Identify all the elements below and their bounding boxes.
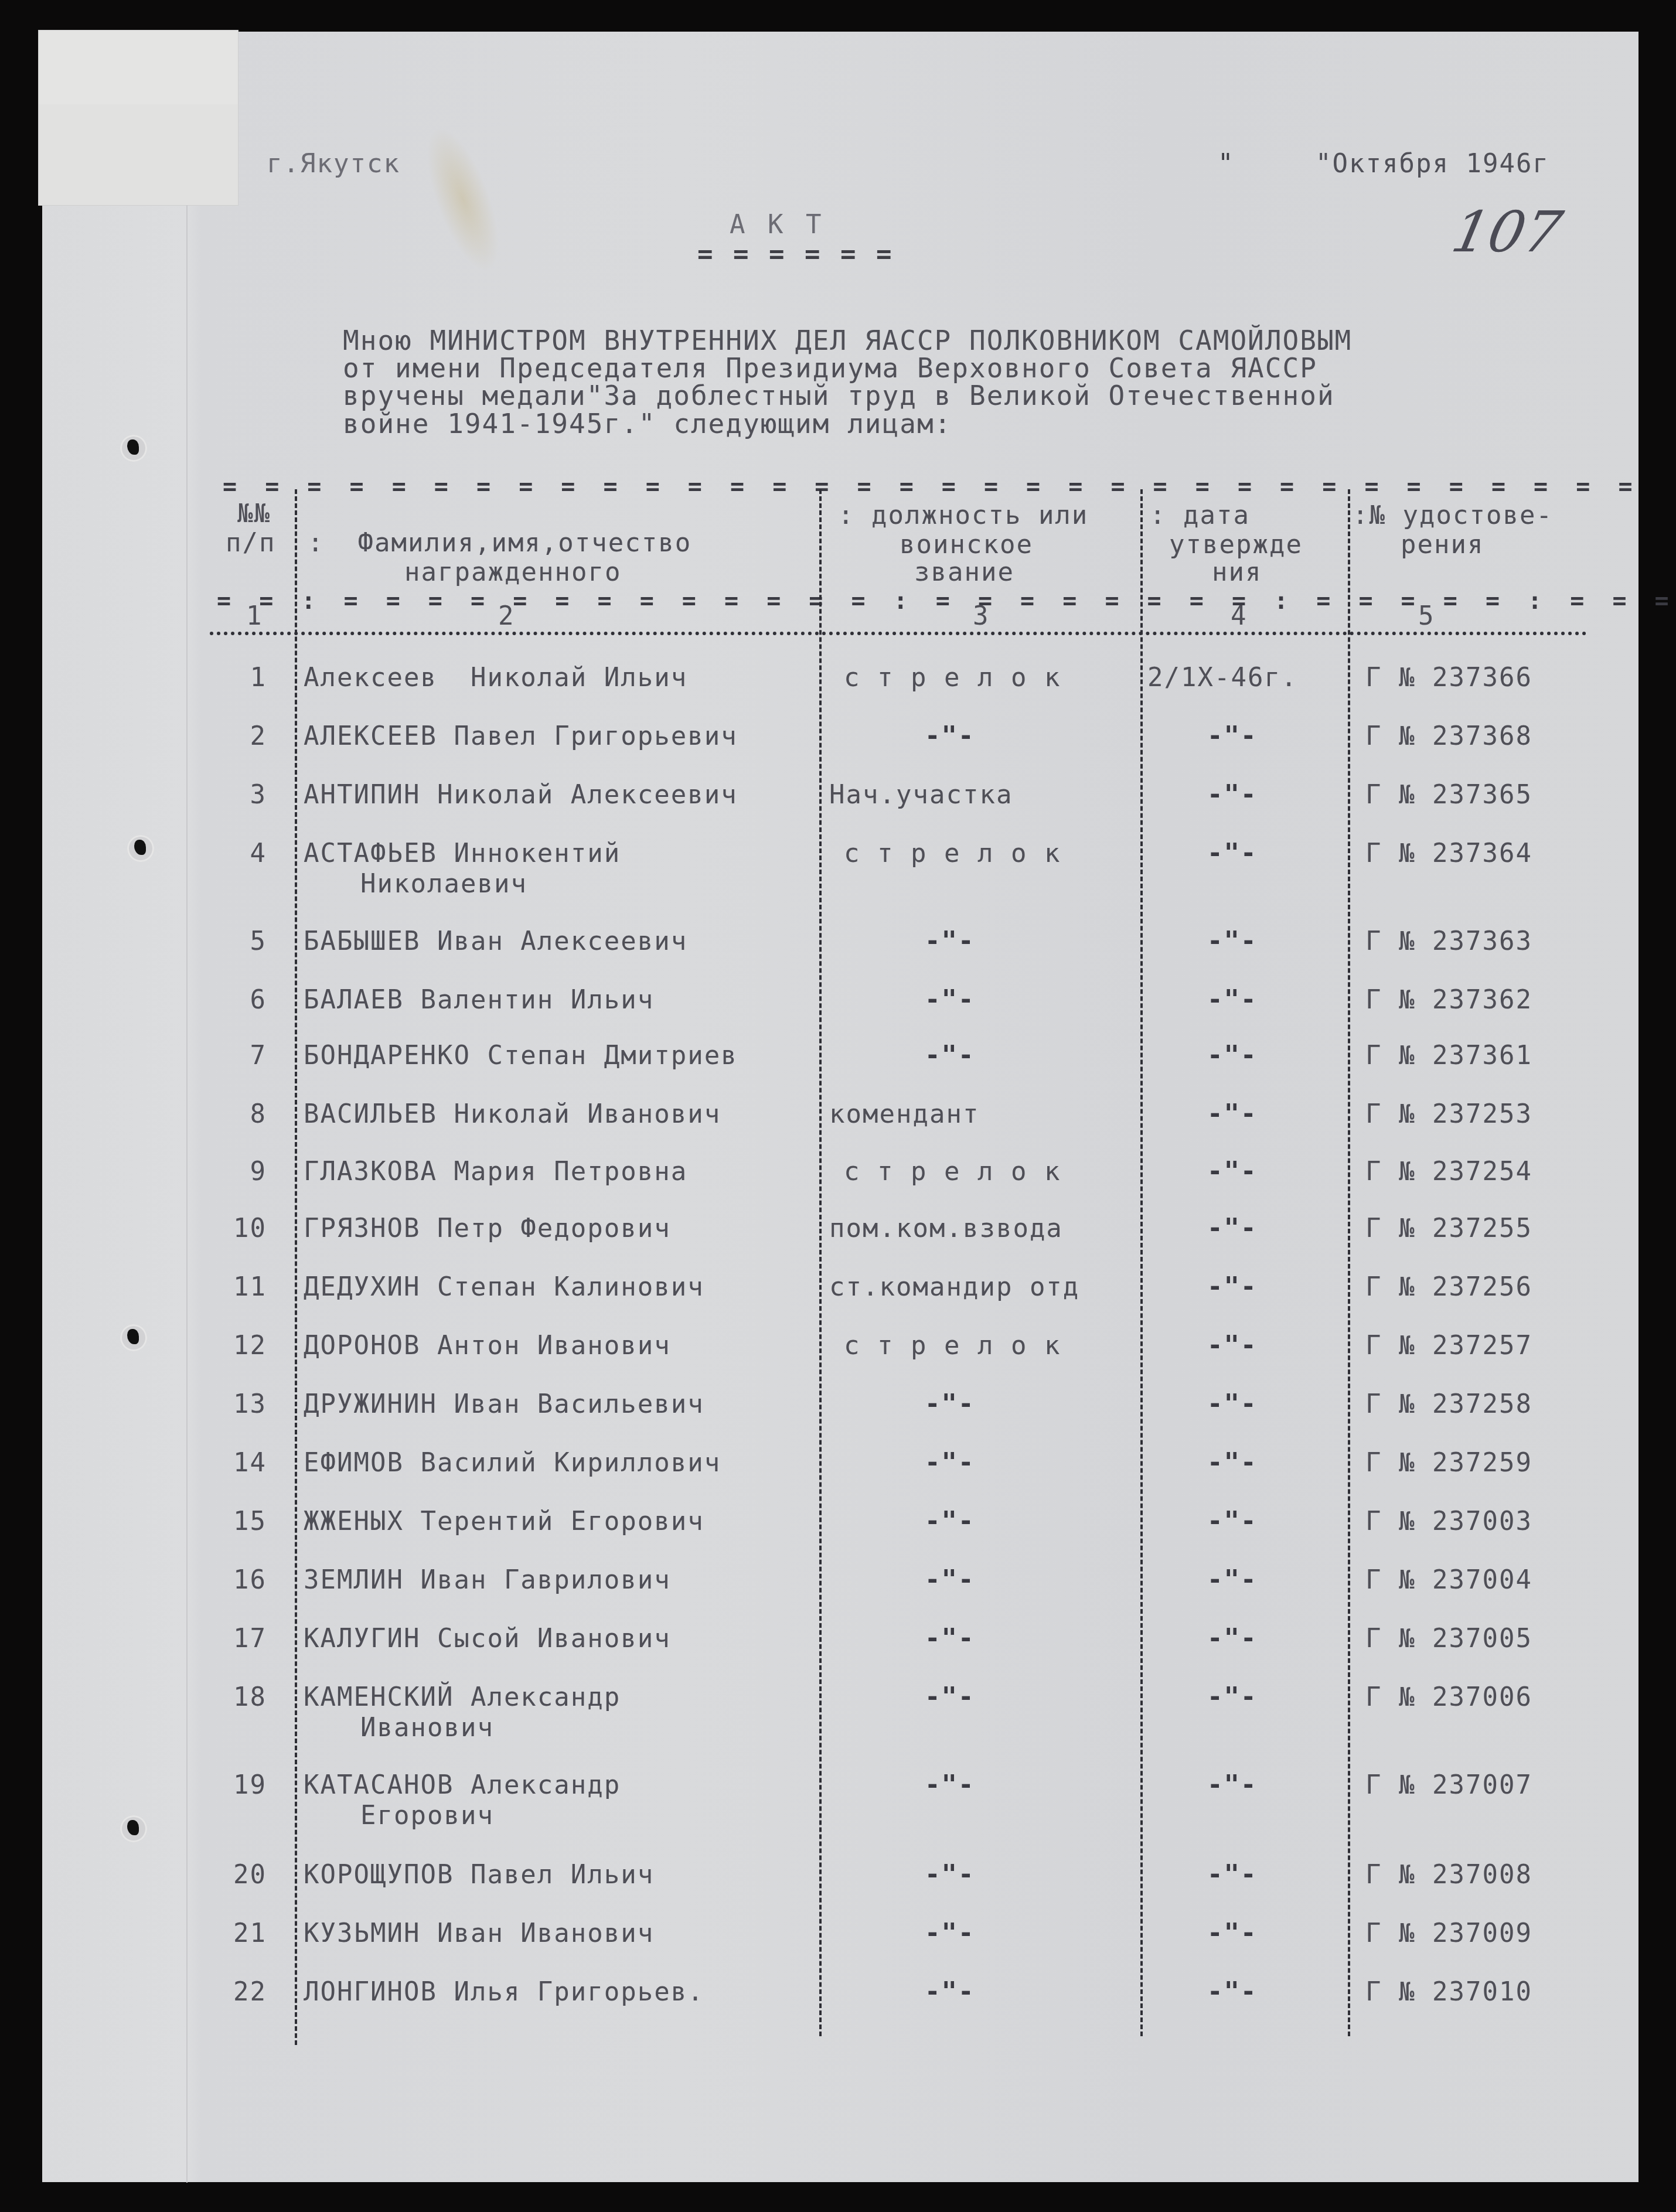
column-divider-3 [1140,489,1143,2036]
certificate-number: Г № 237257 [1365,1333,1532,1359]
intro-line-2: от имени Председателя Президиума Верховн… [343,355,1317,381]
row-number: 21 [226,1921,267,1947]
punch-hole-icon [127,835,154,862]
recipient-name: ЕФИМОВ Василий Кириллович [304,1450,721,1476]
punch-hole-icon [120,1324,147,1351]
recipient-name: ГРЯЗНОВ Петр Федорович [304,1216,671,1242]
header-date-line3: ния [1212,560,1262,585]
recipient-name-continued: Иванович [360,1715,494,1741]
certificate-number: Г № 237368 [1365,724,1532,749]
recipient-name: ВАСИЛЬЕВ Николай Иванович [304,1102,721,1127]
award-date-cell: -"- [1207,929,1257,955]
award-date-cell: -"- [1207,724,1257,749]
award-date-cell: -"- [1207,1979,1257,2005]
document-date: "Октября 1946г [1316,151,1549,177]
title-underline: = = = = = = [697,241,894,267]
table-header-rule: = = : = = = = = = = = = = = = = : = = = … [217,588,1676,615]
certificate-number: Г № 237008 [1365,1862,1532,1888]
certificate-number: Г № 237254 [1365,1159,1532,1185]
recipient-name: ДЕДУХИН Степан Калинович [304,1274,704,1300]
column-number-1: 1 [246,604,263,629]
position-cell: -"- [925,1567,975,1593]
row-number: 13 [226,1392,267,1417]
punch-hole-icon [120,1815,147,1842]
intro-line-4: войне 1941-1945г." следующим лицам: [343,410,952,437]
row-number: 3 [226,782,267,808]
position-cell: -"- [925,724,975,749]
recipient-name: КАМЕНСКИЙ Александр [304,1685,621,1710]
row-number: 15 [226,1509,267,1535]
position-cell: комендант [829,1102,979,1127]
position-cell: -"- [925,1043,975,1069]
recipient-name: ЖЖЕНЫХ Терентий Егорович [304,1509,704,1535]
header-name-line1: : Фамилия,имя,отчество [308,530,691,556]
position-cell: -"- [925,987,975,1013]
recipient-name: БАБЫШЕВ Иван Алексеевич [304,929,687,955]
position-cell: с т р е л о к [844,841,1061,867]
intro-line-3: вручены медали"За доблестный труд в Вели… [343,382,1335,409]
certificate-number: Г № 237009 [1365,1921,1532,1947]
award-date-cell: -"- [1207,987,1257,1013]
recipient-name: АСТАФЬЕВ Иннокентий [304,841,621,867]
column-number-4: 4 [1231,604,1248,629]
column-number-2: 2 [498,604,515,629]
column-divider-4 [1348,489,1350,2036]
position-cell: -"- [925,1979,975,2005]
header-name-line2: награжденного [404,560,621,585]
recipient-name: ДРУЖИНИН Иван Васильевич [304,1392,704,1417]
header-cert-line2: рения [1401,532,1484,558]
award-date-cell: -"- [1207,1921,1257,1947]
row-number: 22 [226,1979,267,2005]
certificate-number: Г № 237005 [1365,1626,1532,1652]
row-number: 14 [226,1450,267,1476]
award-date-cell: -"- [1207,1333,1257,1359]
row-number: 2 [226,724,267,749]
certificate-number: Г № 237253 [1365,1102,1532,1127]
row-number: 7 [226,1043,267,1069]
paper-patch-lower [39,104,238,205]
row-number: 8 [226,1102,267,1127]
header-date-line1: : дата [1150,503,1250,529]
recipient-name: Алексеев Николай Ильич [304,665,687,691]
binding-margin-line [186,205,188,2183]
position-cell: с т р е л о к [844,1333,1061,1359]
certificate-number: Г № 237010 [1365,1979,1532,2005]
recipient-name-continued: Егорович [360,1803,494,1829]
header-position-line1: : должность или [838,503,1088,529]
recipient-name: КАЛУГИН Сысой Иванович [304,1626,671,1652]
certificate-number: Г № 237003 [1365,1509,1532,1535]
certificate-number: Г № 237361 [1365,1043,1532,1069]
position-cell: -"- [925,1509,975,1535]
award-date-cell: -"- [1207,782,1257,808]
certificate-number: Г № 237256 [1365,1274,1532,1300]
row-number: 20 [226,1862,267,1888]
header-no-line1: №№ [237,501,271,527]
recipient-name: КУЗЬМИН Иван Иванович [304,1921,654,1947]
column-divider-2 [819,489,822,2036]
position-cell: -"- [925,1626,975,1652]
recipient-name: ГЛАЗКОВА Мария Петровна [304,1159,687,1185]
row-number: 9 [226,1159,267,1185]
row-number: 16 [226,1567,267,1593]
column-divider-1 [295,489,297,2045]
header-cert-line1: :№ удостове- [1353,503,1553,529]
row-number: 19 [226,1773,267,1798]
city-label: г.Якутск [267,151,400,177]
award-date-cell: -"- [1207,841,1257,867]
position-cell: -"- [925,1862,975,1888]
recipient-name: БОНДАРЕНКО Степан Дмитриев [304,1043,738,1069]
document-title: А К Т [730,212,825,238]
award-date-cell: -"- [1207,1862,1257,1888]
award-date-cell: -"- [1207,1567,1257,1593]
award-date-cell: -"- [1207,1626,1257,1652]
position-cell: -"- [925,1921,975,1947]
certificate-number: Г № 237364 [1365,841,1532,867]
award-date-cell: -"- [1207,1102,1257,1127]
certificate-number: Г № 237255 [1365,1216,1532,1242]
folio-number-handwritten: 107 [1446,199,1568,265]
certificate-number: Г № 237365 [1365,782,1532,808]
header-no-line2: п/п [226,530,275,556]
header-date-line2: утвержде [1169,532,1303,558]
row-number: 12 [226,1333,267,1359]
date-quote: " [1218,151,1235,177]
recipient-name: БАЛАЕВ Валентин Ильич [304,987,654,1013]
punch-hole-icon [120,435,147,462]
certificate-number: Г № 237007 [1365,1773,1532,1798]
intro-line-1: Мною МИНИСТРОМ ВНУТРЕННИХ ДЕЛ ЯАССР ПОЛК… [343,327,1352,354]
award-date-cell: -"- [1207,1509,1257,1535]
recipient-name: ЛОНГИНОВ Илья Григорьев. [304,1979,704,2005]
position-cell: ст.командир отд [829,1274,1079,1300]
award-date-cell: -"- [1207,1274,1257,1300]
recipient-name: КОРОЩУПОВ Павел Ильич [304,1862,654,1888]
column-number-3: 3 [973,604,990,629]
award-date-cell: -"- [1207,1450,1257,1476]
certificate-number: Г № 237258 [1365,1392,1532,1417]
award-date-cell: -"- [1207,1685,1257,1710]
certificate-number: Г № 237259 [1365,1450,1532,1476]
row-number: 1 [226,665,267,691]
position-cell: -"- [925,1773,975,1798]
row-number: 11 [226,1274,267,1300]
award-date-cell: -"- [1207,1159,1257,1185]
recipient-name: ЗЕМЛИН Иван Гаврилович [304,1567,671,1593]
recipient-name: ДОРОНОВ Антон Иванович [304,1333,671,1359]
award-date-cell: -"- [1207,1773,1257,1798]
column-number-5: 5 [1418,604,1435,629]
certificate-number: Г № 237006 [1365,1685,1532,1710]
position-cell: -"- [925,1392,975,1417]
row-number: 4 [226,841,267,867]
table-header-bottom-rule [210,632,1587,635]
row-number: 10 [226,1216,267,1242]
award-date-cell: -"- [1207,1043,1257,1069]
position-cell: -"- [925,1450,975,1476]
header-position-line2: воинское [900,532,1033,558]
certificate-number: Г № 237362 [1365,987,1532,1013]
award-date-cell: -"- [1207,1216,1257,1242]
position-cell: пом.ком.взвода [829,1216,1063,1242]
position-cell: -"- [925,929,975,955]
recipient-name: АЛЕКСЕЕВ Павел Григорьевич [304,724,738,749]
position-cell: -"- [925,1685,975,1710]
certificate-number: Г № 237366 [1365,665,1532,691]
recipient-name: КАТАСАНОВ Александр [304,1773,621,1798]
certificate-number: Г № 237004 [1365,1567,1532,1593]
row-number: 5 [226,929,267,955]
row-number: 6 [226,987,267,1013]
row-number: 17 [226,1626,267,1652]
recipient-name-continued: Николаевич [360,871,527,897]
position-cell: Нач.участка [829,782,1013,808]
position-cell: с т р е л о к [844,665,1061,691]
row-number: 18 [226,1685,267,1710]
recipient-name: АНТИПИН Николай Алексеевич [304,782,738,808]
certificate-number: Г № 237363 [1365,929,1532,955]
award-date-cell: -"- [1207,1392,1257,1417]
table-top-rule: = = = = = = = = = = = = = = = = = = = = … [223,473,1640,500]
award-date-cell: 2/1Х-46г. [1147,665,1297,691]
position-cell: с т р е л о к [844,1159,1061,1185]
header-position-line3: звание [914,560,1014,585]
